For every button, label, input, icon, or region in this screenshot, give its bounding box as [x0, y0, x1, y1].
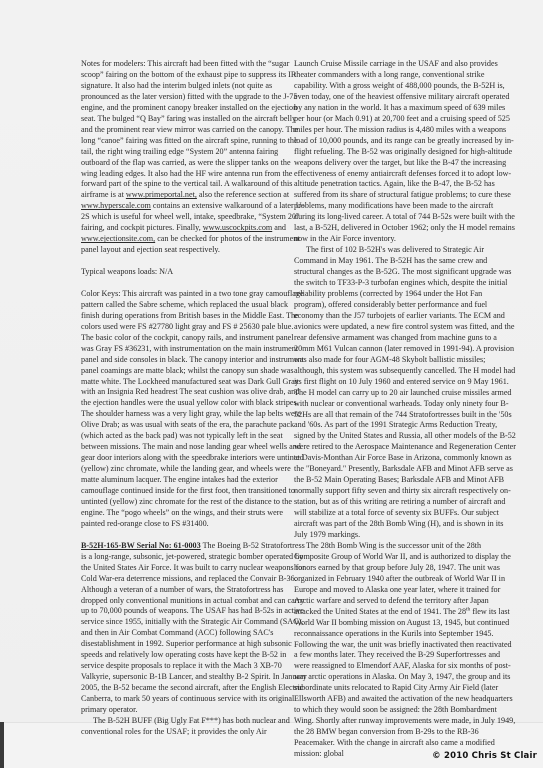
buff-paragraph-start: The B-52H BUFF (Big Ugly Fat F***) has b…: [81, 716, 307, 738]
notes-text-1: Notes for modelers: This aircraft had be…: [81, 59, 298, 199]
left-column: Notes for modelers: This aircraft had be…: [81, 59, 307, 738]
notes-text-4: and: [272, 223, 286, 232]
link-primeportal[interactable]: www.primeportal.net,: [126, 190, 197, 199]
notes-text-2: also the reference section at: [197, 190, 289, 199]
28th-bomb-wing-paragraph: The 28th Bomb Wing is the successor unit…: [294, 541, 516, 760]
weapons-loads: Typical weapons loads: N/A: [81, 267, 307, 278]
b52-intro: The Boeing B-52 Stratofortress is a long…: [81, 541, 307, 714]
right-column: Launch Cruise Missile carriage in the US…: [294, 59, 516, 760]
notes-for-modelers: Notes for modelers: This aircraft had be…: [81, 59, 307, 256]
b52-section: B-52H-165-BW Serial No: 61-0003 The Boei…: [81, 541, 307, 716]
link-hyperscale[interactable]: www.hyperscale.com: [81, 201, 151, 210]
link-ejectionsite[interactable]: www.ejectionsite.com,: [81, 234, 155, 243]
28th-text-b: flew its last World War II bombing missi…: [294, 607, 515, 758]
link-uscockpits[interactable]: www.uscockpits.com: [203, 223, 272, 232]
b52-heading: B-52H-165-BW Serial No: 61-0003: [81, 541, 201, 550]
28th-text-a: The 28th Bomb Wing is the successor unit…: [294, 541, 511, 616]
scan-edge-strip: [0, 722, 4, 768]
buff-paragraph-cont: Launch Cruise Missile carriage in the US…: [294, 59, 516, 245]
copyright-watermark: © 2010 Chris St Clair: [432, 751, 537, 761]
first-102-paragraph: The first of 102 B-52H's was delivered t…: [294, 245, 516, 541]
color-keys: Color Keys: This aircraft was painted in…: [81, 289, 307, 530]
